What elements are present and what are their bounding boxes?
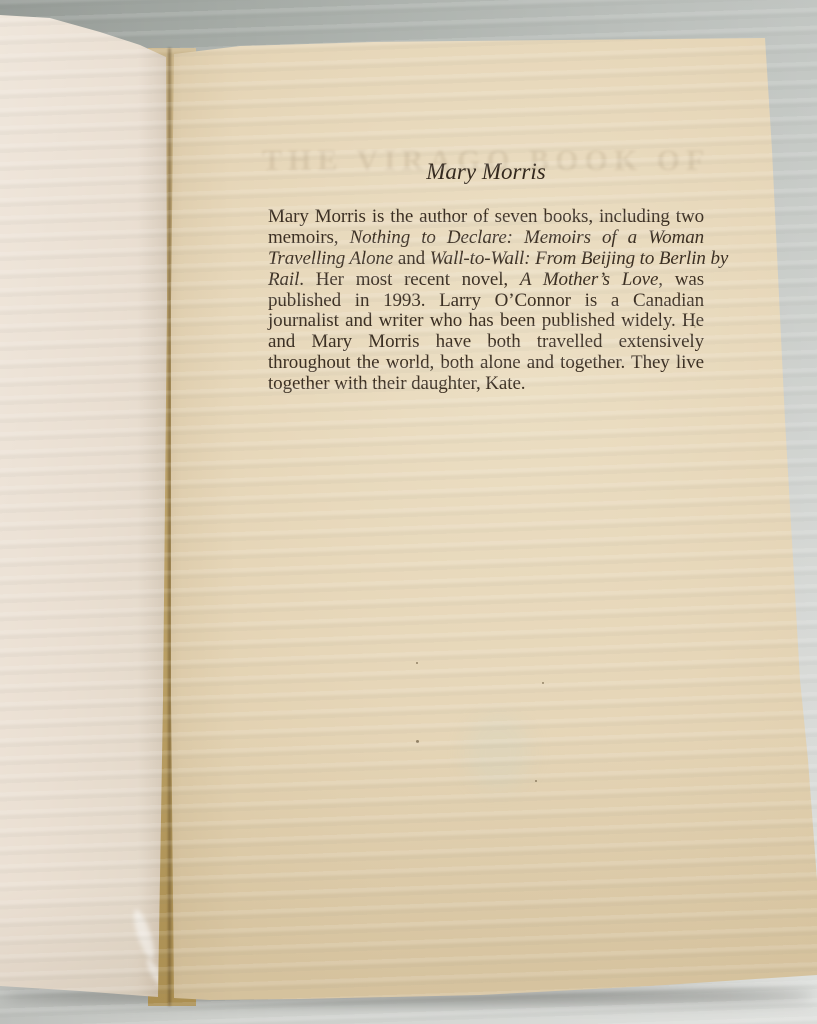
bio-text: published in 1993. Larry O’Connor is a C… xyxy=(268,290,704,311)
book-title-italic: A Mother’s Love xyxy=(520,269,658,290)
right-page-author-bio: THE VIRAGO BOOK OF Mary Morris Mary Morr… xyxy=(148,26,817,1010)
paragraph-line: Mary Morris is the author of seven books… xyxy=(268,207,704,228)
paragraph-line: Travelling Alone and Wall-to-Wall: From … xyxy=(268,249,704,270)
paragraph-line: together with their daughter, Kate. xyxy=(268,374,704,395)
book-title-italic: Nothing to Declare: Memoirs of a Woman xyxy=(350,227,704,248)
bio-text: and xyxy=(393,248,429,269)
book-title-italic: Rail xyxy=(268,269,299,290)
bio-text: . Her most recent novel, xyxy=(299,269,520,290)
foxing-speck xyxy=(694,326,696,328)
page-scuff xyxy=(130,908,158,961)
book-photo: THE VIRAGO BOOK OF Mary Morris Mary Morr… xyxy=(0,0,817,1024)
bio-text: and Mary Morris have both travelled exte… xyxy=(268,331,704,352)
paragraph-line: memoirs, Nothing to Declare: Memoirs of … xyxy=(268,228,704,249)
bio-text: together with their daughter, Kate. xyxy=(268,373,525,394)
paragraph-line: published in 1993. Larry O’Connor is a C… xyxy=(268,291,704,312)
left-page-blank xyxy=(0,0,172,1010)
bio-text: Mary Morris is the author of seven books… xyxy=(268,206,704,227)
book-title-italic: Travelling Alone xyxy=(268,248,393,269)
bio-text: , was xyxy=(658,269,704,290)
paragraph-line: and Mary Morris have both travelled exte… xyxy=(268,332,704,353)
bio-text: throughout the world, both alone and tog… xyxy=(268,352,704,373)
author-name-heading: Mary Morris xyxy=(268,158,704,186)
page-smudge xyxy=(466,714,530,790)
paragraph-line: Rail. Her most recent novel, A Mother’s … xyxy=(268,270,704,291)
bio-text: journalist and writer who has been publi… xyxy=(268,310,704,331)
foxing-speck xyxy=(416,740,419,743)
paragraph-line: throughout the world, both alone and tog… xyxy=(268,353,704,374)
book-title-italic: Wall-to-Wall: From Beijing to Berlin by xyxy=(430,248,729,269)
paragraph-line: journalist and writer who has been publi… xyxy=(268,311,704,332)
bio-text: memoirs, xyxy=(268,227,350,248)
author-bio-paragraph: Mary Morris is the author of seven books… xyxy=(268,207,704,395)
foxing-speck xyxy=(535,780,537,782)
foxing-speck xyxy=(542,682,544,684)
foxing-speck xyxy=(416,662,418,664)
